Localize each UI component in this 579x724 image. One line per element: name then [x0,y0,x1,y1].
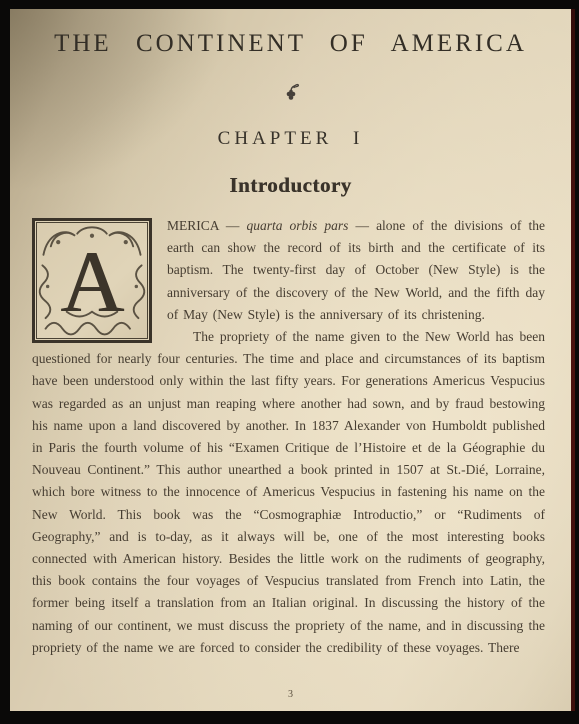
paragraph-1-lead: MERICA — [167,218,246,233]
grape-fleuron-icon [280,82,302,104]
book-page: THE CONTINENT OF AMERICA CHAPTER I Intro… [10,9,571,711]
drop-cap-woodcut: A [32,218,152,343]
book-title: THE CONTINENT OF AMERICA [10,30,571,58]
ornament-row [10,82,571,104]
body-text: A MERICA — quarta orbis pars — alone of … [32,215,545,659]
paragraph-1-latin-phrase: quarta orbis pars [246,218,348,233]
chapter-heading: CHAPTER I [10,128,571,150]
section-heading: Introductory [10,173,571,198]
drop-cap-letter: A [35,227,149,340]
page-number: 3 [10,689,571,700]
scan-frame: THE CONTINENT OF AMERICA CHAPTER I Intro… [0,0,579,724]
paragraph-1-rest: — alone of the divisions of the earth ca… [167,218,545,322]
paragraph-2: The propriety of the name given to the N… [32,326,545,659]
